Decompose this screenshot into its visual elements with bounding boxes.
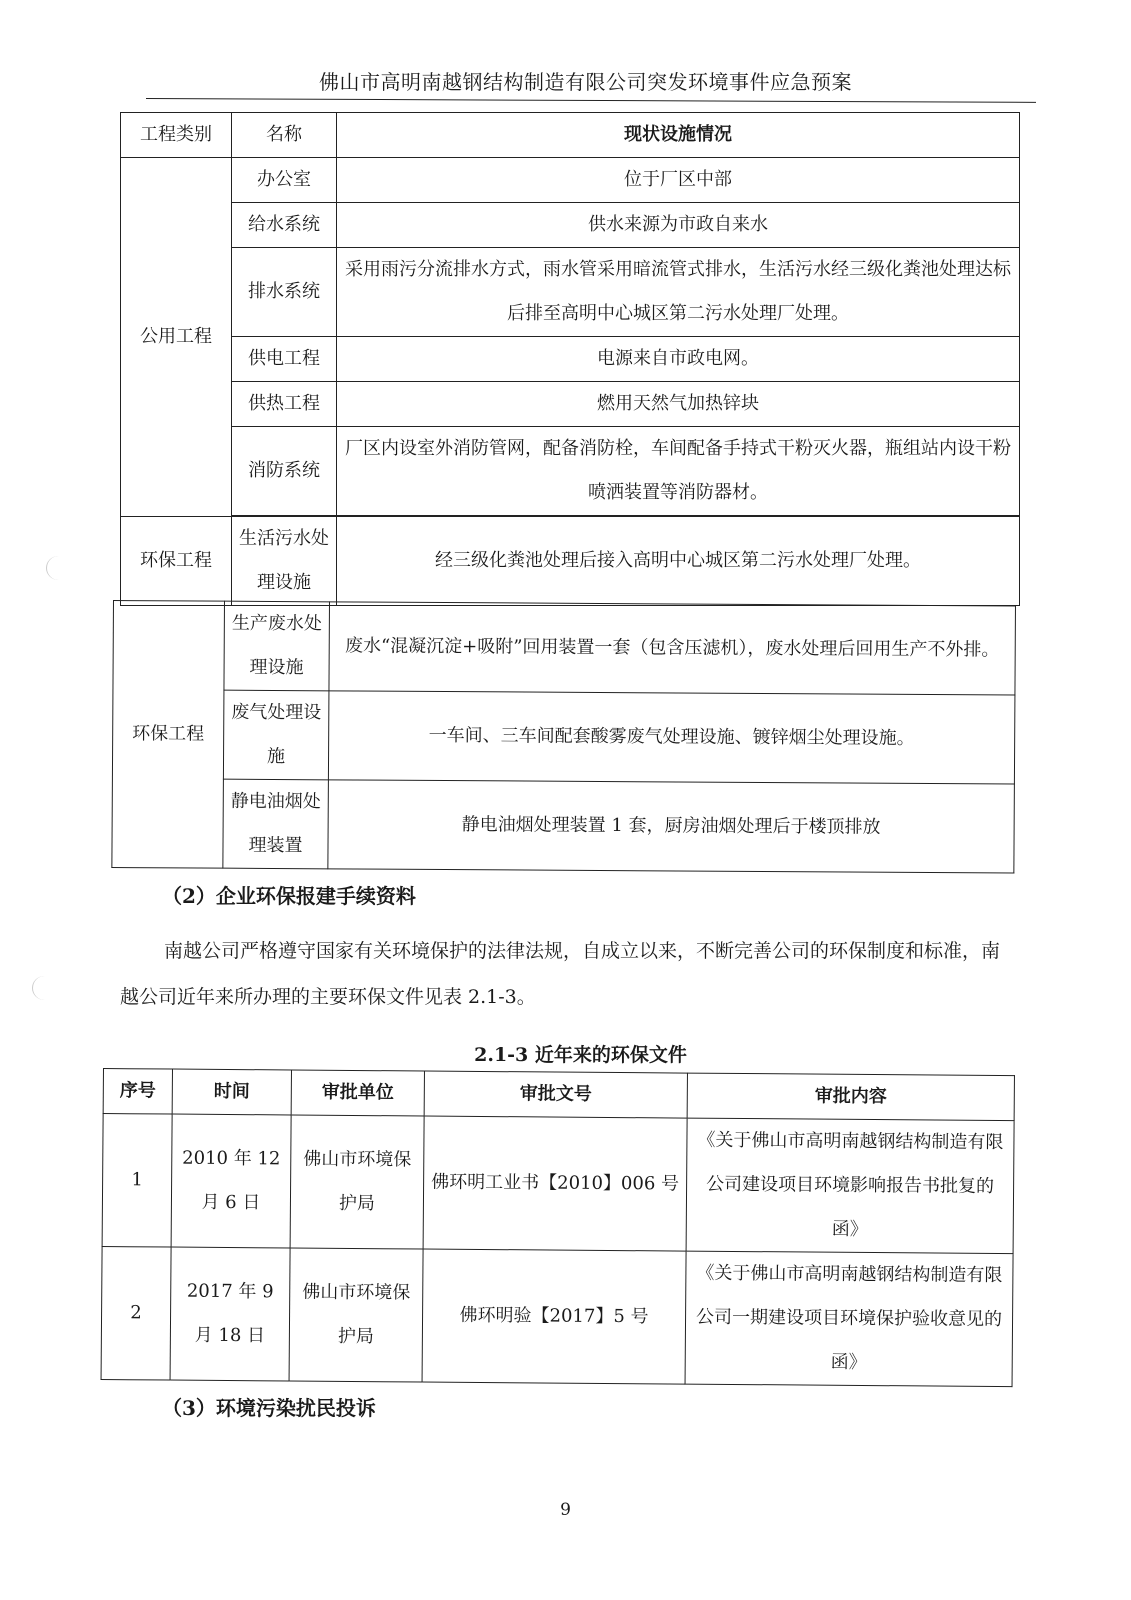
category-cell: 环保工程 [121, 517, 232, 606]
unit-cell: 佛山市环境保护局 [289, 1248, 423, 1382]
page-number: 9 [0, 1500, 1131, 1520]
name-cell: 供电工程 [232, 337, 337, 382]
table-row: 给水系统 供水来源为市政自来水 [121, 203, 1020, 248]
desc-cell: 静电油烟处理装置 1 套，厨房油烟处理后于楼顶排放 [328, 780, 1015, 873]
name-cell: 生活污水处理设施 [232, 517, 337, 606]
desc-cell: 经三级化粪池处理后接入高明中心城区第二污水处理厂处理。 [337, 517, 1020, 606]
name-cell: 给水系统 [232, 203, 337, 248]
column-header: 工程类别 [121, 113, 232, 158]
category-cell: 公用工程 [121, 158, 232, 517]
section-heading: （3）环境污染扰民投诉 [162, 1392, 376, 1421]
punch-hole-mark [32, 976, 57, 1000]
name-cell: 静电油烟处理装置 [223, 779, 329, 869]
punch-hole-mark [46, 556, 71, 580]
column-header: 审批文号 [424, 1071, 687, 1118]
name-cell: 消防系统 [232, 427, 337, 516]
permits-table: 序号 时间 审批单位 审批文号 审批内容 1 2010 年 12 月 6 日 佛… [101, 1068, 1015, 1387]
unit-cell: 佛山市环境保护局 [290, 1115, 424, 1249]
name-cell: 办公室 [232, 158, 337, 203]
table-row: 环保工程 生产废水处理设施 废水“混凝沉淀+吸附”回用装置一套（包含压滤机），废… [113, 601, 1016, 696]
category-cell: 环保工程 [112, 601, 225, 869]
no-cell: 2 [101, 1246, 171, 1380]
desc-cell: 采用雨污分流排水方式，雨水管采用暗流管式排水，生活污水经三级化粪池处理达标后排至… [337, 248, 1020, 337]
desc-cell: 位于厂区中部 [337, 158, 1020, 203]
name-cell: 废气处理设施 [223, 690, 329, 780]
desc-cell: 一车间、三车间配套酸雾废气处理设施、镀锌烟尘处理设施。 [328, 691, 1015, 784]
table-row: 废气处理设施 一车间、三车间配套酸雾废气处理设施、镀锌烟尘处理设施。 [112, 690, 1015, 785]
date-cell: 2010 年 12 月 6 日 [171, 1114, 291, 1248]
table-row: 公用工程 办公室 位于厂区中部 [121, 158, 1020, 203]
table-row: 供热工程 燃用天然气加热锌块 [121, 382, 1020, 427]
desc-cell: 燃用天然气加热锌块 [337, 382, 1020, 427]
table-row: 环保工程 生活污水处理设施 经三级化粪池处理后接入高明中心城区第二污水处理厂处理… [121, 517, 1020, 606]
content-cell: 《关于佛山市高明南越钢结构制造有限公司建设项目环境影响报告书批复的函》 [686, 1118, 1014, 1254]
table-row: 供电工程 电源来自市政电网。 [121, 337, 1020, 382]
no-cell: 1 [102, 1114, 172, 1248]
desc-cell: 厂区内设室外消防管网，配备消防栓，车间配备手持式干粉灭火器，瓶组站内设干粉喷洒装… [337, 427, 1020, 516]
section-heading: （2）企业环保报建手续资料 [162, 880, 416, 909]
table-row: 1 2010 年 12 月 6 日 佛山市环境保护局 佛环明工业书【2010】0… [102, 1114, 1014, 1254]
column-header: 序号 [103, 1069, 172, 1115]
column-header: 审批内容 [687, 1073, 1014, 1121]
paragraph-text: 南越公司严格遵守国家有关环境保护的法律法规，自成立以来，不断完善公司的环保制度和… [120, 940, 1000, 1008]
header-divider [146, 98, 1036, 103]
table-row: 消防系统 厂区内设室外消防管网，配备消防栓，车间配备手持式干粉灭火器，瓶组站内设… [121, 427, 1020, 516]
content-cell: 《关于佛山市高明南越钢结构制造有限公司一期建设项目环境保护验收意见的函》 [685, 1251, 1013, 1387]
table-row: 静电油烟处理装置 静电油烟处理装置 1 套，厨房油烟处理后于楼顶排放 [112, 778, 1015, 873]
desc-cell: 废水“混凝沉淀+吸附”回用装置一套（包含压滤机），废水处理后回用生产不外排。 [329, 602, 1016, 695]
column-header: 现状设施情况 [337, 113, 1020, 158]
table-row: 2 2017 年 9 月 18 日 佛山市环境保护局 佛环明验【2017】5 号… [101, 1246, 1013, 1386]
document-header-title: 佛山市高明南越钢结构制造有限公司突发环境事件应急预案 [0, 66, 1131, 95]
body-paragraph: 南越公司严格遵守国家有关环境保护的法律法规，自成立以来，不断完善公司的环保制度和… [120, 928, 1000, 1020]
doc-no-cell: 佛环明工业书【2010】006 号 [423, 1116, 687, 1251]
name-cell: 供热工程 [232, 382, 337, 427]
facilities-table-continued: 环保工程 生产废水处理设施 废水“混凝沉淀+吸附”回用装置一套（包含压滤机），废… [111, 600, 1016, 874]
table-row: 排水系统 采用雨污分流排水方式，雨水管采用暗流管式排水，生活污水经三级化粪池处理… [121, 248, 1020, 337]
name-cell: 排水系统 [232, 248, 337, 337]
name-cell: 生产废水处理设施 [224, 601, 330, 691]
facilities-table: 工程类别 名称 现状设施情况 公用工程 办公室 位于厂区中部 给水系统 供水来源… [120, 112, 1020, 606]
column-header: 审批单位 [291, 1070, 424, 1116]
desc-cell: 电源来自市政电网。 [337, 337, 1020, 382]
desc-cell: 供水来源为市政自来水 [337, 203, 1020, 248]
column-header: 时间 [172, 1069, 291, 1115]
column-header: 名称 [232, 113, 337, 158]
table-header-row: 序号 时间 审批单位 审批文号 审批内容 [103, 1069, 1014, 1121]
table-header-row: 工程类别 名称 现状设施情况 [121, 113, 1020, 158]
table-caption: 2.1-3 近年来的环保文件 [0, 1040, 1131, 1067]
doc-no-cell: 佛环明验【2017】5 号 [422, 1249, 686, 1384]
date-cell: 2017 年 9 月 18 日 [170, 1247, 290, 1381]
